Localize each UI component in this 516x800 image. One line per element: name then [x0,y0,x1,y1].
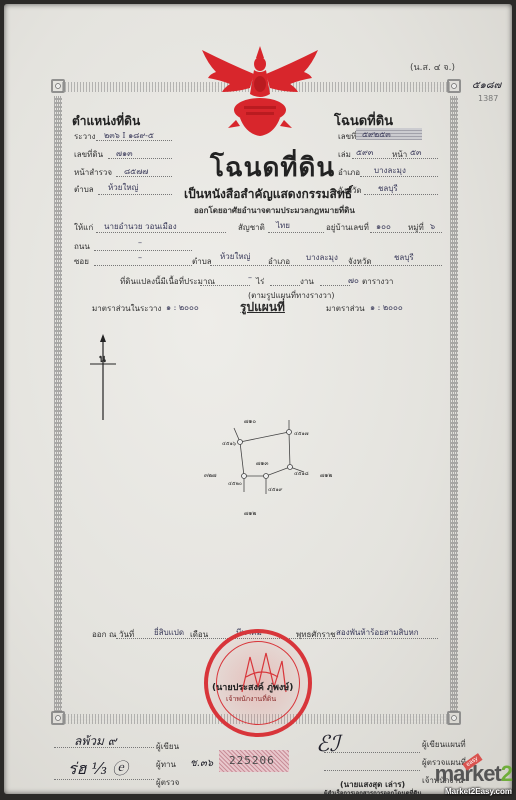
watermark-site: Market2Easy.com [435,787,512,796]
role-checker: ผู้ตรวจ [156,776,179,789]
field-label-survey-page: หน้าสำรวจ [74,166,112,179]
underline [360,176,438,177]
parcel-label-bottom: ๗๑๒ [244,508,256,518]
nationality-label: สัญชาติ [238,221,265,234]
area-sqwa-value: ๗๐ [348,274,359,287]
map-officer-signature: ℰℐ [316,732,340,757]
area-intro: ที่ดินแปลงนี้มีเนื้อที่ประมาณ [120,275,215,288]
soi-value: – [138,253,142,262]
underline [370,232,442,233]
underline [94,250,192,251]
north-arrow-icon [88,334,118,424]
underline [54,747,154,748]
field-label-map-sheet: ระวาง [74,130,95,143]
underline [108,158,172,159]
marker-label: ๔๕๑๘ [294,470,309,478]
owner-province-label: จังหวัด [348,255,372,268]
deed-number-value: ๕๙๒๕๓ [362,128,391,141]
month-label: เดือน [190,628,208,641]
corner-ornament-icon [447,79,461,93]
house-no-label: อยู่บ้านเลขที่ [326,221,369,234]
field-value-subdistrict: ห้วยใหญ่ [108,181,138,194]
corner-handwritten-note: ๕๑๘๗ [472,78,501,93]
underline [96,232,226,233]
scale-right-label: มาตราส่วน [326,302,365,315]
land-title-deed: (น.ส. ๔ จ.) ๕๑๘๗ 1387 ตำแหน่งที่ดิน ระวา… [4,4,512,794]
underline [268,232,324,233]
marker-label: ๔๕๑๙ [268,486,282,494]
document-title: โฉนดที่ดิน [210,147,335,188]
parcel-label-right: ๗๑๒ [320,470,332,480]
road-value: – [138,238,142,247]
scale-left-label: มาตราส่วนในระวาง [92,302,161,315]
to-label: ให้แก่ [74,221,93,234]
area-sqwa-label: ตารางวา [362,275,393,288]
officer-name: (นายประสงค์ ภู่พงษ์) [212,680,293,694]
officer-title: เจ้าพนักงานที่ดิน [226,694,276,705]
site-watermark: easy market2 Market2Easy.com [435,761,512,796]
scale-left-value: ๑ : ๒๐๐๐ [166,301,199,314]
district-label: อำเภอ [338,166,360,179]
role-writer: ผู้เขียน [156,740,179,753]
volume-label: เล่ม [338,148,351,161]
underline [98,194,172,195]
writer-signature: ลพ้วม ๙ [74,732,117,751]
form-code: (น.ส. ๔ จ.) [410,60,455,74]
underline [270,285,300,286]
corner-number-note: 1387 [478,94,498,103]
owner-district-value: บางละมุง [306,251,338,264]
serial-number: 225206 [229,754,275,767]
owner-subdistrict-value: ห้วยใหญ่ [220,250,250,263]
underline [210,265,442,266]
role-map-writer: ผู้เขียนแผนที่ [422,738,466,751]
year-label: พุทธศักราช [296,628,336,641]
parcel-label-center: ๗๑๓ [256,458,268,468]
garuda-emblem-icon [200,44,320,140]
underline [320,285,350,286]
marker-label: ๔๕๑๗ [294,430,309,438]
owner-province-value: ชลบุรี [394,251,414,264]
document-authority-line: ออกโดยอาศัยอำนาจตามประมวลกฎหมายที่ดิน [194,204,355,217]
soi-label: ซอย [74,255,89,268]
marker-label: ๔๕๒๐ [228,480,242,488]
underline [324,770,420,771]
parcel-label-top: ๗๑๐ [244,416,256,426]
left-border-pattern [54,96,62,712]
corner-ornament-icon [51,79,65,93]
nationality-value: ไทย [276,219,290,232]
field-label-parcel-no: เลขที่ดิน [74,148,103,161]
underline [200,285,250,286]
road-label: ถนน [74,240,90,253]
left-code: ช.๓๖ [190,756,213,771]
area-rai-value: – [248,273,252,282]
underline [94,265,192,266]
deed-number-label: เลขที่ [338,130,356,143]
scale-right-value: ๑ : ๒๐๐๐ [370,301,403,314]
marker-label: ๔๕๑๖ [222,440,236,448]
page-label: หน้า [392,148,407,161]
underline [54,779,154,780]
role-proofreader: ผู้ทาน [156,758,176,771]
parcel-label-left: ๓๒๗ [204,470,217,480]
underline [116,176,172,177]
document-subtitle: เป็นหนังสือสำคัญแสดงกรรมสิทธิ์ [184,185,352,204]
serial-number-box: 225206 [219,750,289,772]
underline [324,752,420,753]
underline [352,158,438,159]
owner-district-label: อำเภอ [268,255,290,268]
issued-label: ออก ณ วันที่ [92,628,134,641]
corner-ornament-icon [51,711,65,725]
watermark-brand-number: 2 [501,761,512,786]
north-label: น [99,352,106,367]
area-rai-label: ไร่ [256,275,264,288]
area-ngan-label: งาน [300,275,314,288]
underline [364,194,438,195]
map-title: รูปแผนที่ [240,298,285,317]
owner-subdistrict-label: ตำบล [192,255,212,268]
underline [96,140,172,141]
right-border-pattern [450,96,458,712]
field-label-subdistrict: ตำบล [74,183,94,196]
corner-ornament-icon [447,711,461,725]
map-officer-note: ผู้สำเร็จการเอกสารการออกโฉนดที่ดิน [324,788,421,798]
